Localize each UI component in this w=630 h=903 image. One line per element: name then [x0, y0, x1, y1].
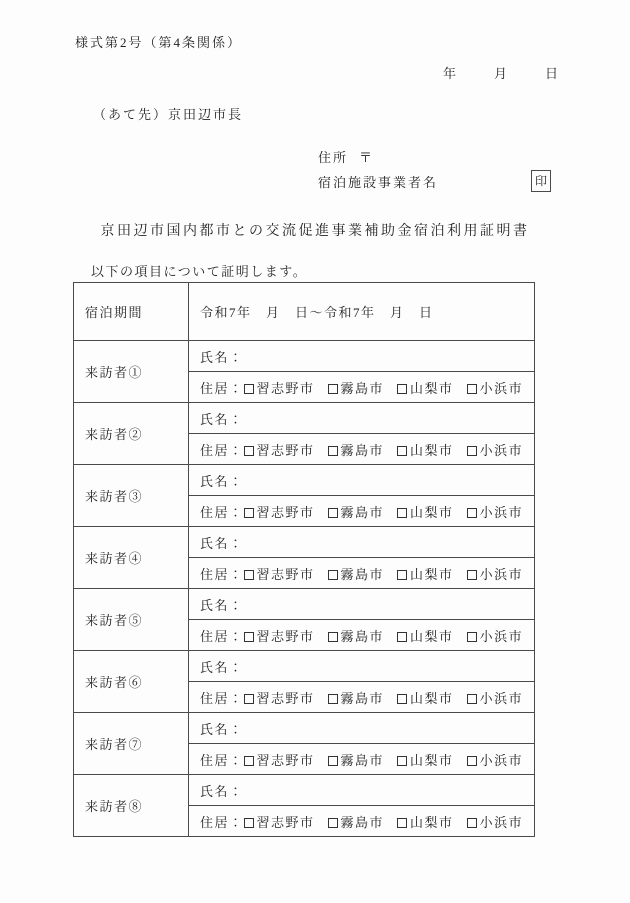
residence-option: 山梨市: [397, 629, 454, 644]
residence-option: 小浜市: [467, 629, 524, 644]
residence-option-label: 習志野市: [257, 443, 315, 458]
checkbox-icon: [397, 818, 407, 828]
residence-option-label: 霧島市: [341, 629, 385, 644]
stay-period-value: 令和7年 月 日～令和7年 月 日: [189, 283, 535, 341]
addressee: （あて先）京田辺市長: [93, 104, 243, 123]
residence-option: 習志野市: [244, 443, 315, 458]
name-field-label: 氏名：: [200, 412, 244, 427]
visitor-label: 来訪者①: [74, 341, 189, 403]
residence-option-label: 習志野市: [257, 505, 315, 520]
checkbox-icon: [328, 508, 338, 518]
residence-field-label: 住居：: [200, 443, 244, 458]
form-table: 宿泊期間 令和7年 月 日～令和7年 月 日 来訪者① 氏名： 住居：習志野市霧…: [73, 282, 535, 837]
checkbox-icon: [328, 756, 338, 766]
residence-option: 山梨市: [397, 443, 454, 458]
residence-option-label: 霧島市: [341, 505, 385, 520]
stay-period-row: 宿泊期間 令和7年 月 日～令和7年 月 日: [74, 283, 535, 341]
residence-option-label: 習志野市: [257, 691, 315, 706]
checkbox-icon: [328, 384, 338, 394]
residence-option-label: 習志野市: [257, 567, 315, 582]
residence-field-label: 住居：: [200, 815, 244, 830]
address-label: 住所: [318, 150, 348, 165]
residence-option-label: 習志野市: [257, 629, 315, 644]
residence-option-label: 小浜市: [480, 691, 524, 706]
visitor-name-cell: 氏名：: [189, 465, 535, 496]
date-month-label: 月: [494, 63, 508, 82]
residence-option: 習志野市: [244, 567, 315, 582]
visitor-name-cell: 氏名：: [189, 341, 535, 372]
visitor-label: 来訪者③: [74, 465, 189, 527]
visitor-name-cell: 氏名：: [189, 651, 535, 682]
residence-option-label: 霧島市: [341, 381, 385, 396]
checkbox-icon: [244, 384, 254, 394]
visitor-residence-cell: 住居：習志野市霧島市山梨市小浜市: [189, 372, 535, 403]
residence-option: 霧島市: [328, 629, 385, 644]
form-table-body: 宿泊期間 令和7年 月 日～令和7年 月 日 来訪者① 氏名： 住居：習志野市霧…: [74, 283, 535, 837]
checkbox-icon: [397, 508, 407, 518]
residence-option: 山梨市: [397, 567, 454, 582]
checkbox-icon: [244, 818, 254, 828]
residence-option: 山梨市: [397, 505, 454, 520]
residence-option: 習志野市: [244, 381, 315, 396]
residence-field-label: 住居：: [200, 629, 244, 644]
checkbox-icon: [244, 508, 254, 518]
visitor-name-cell: 氏名：: [189, 403, 535, 434]
residence-option-label: 小浜市: [480, 753, 524, 768]
checkbox-icon: [467, 446, 477, 456]
residence-field-label: 住居：: [200, 753, 244, 768]
name-field-label: 氏名：: [200, 660, 244, 675]
checkbox-icon: [244, 632, 254, 642]
visitor-row: 来訪者⑥ 氏名：: [74, 651, 535, 682]
name-field-label: 氏名：: [200, 474, 244, 489]
form-number: 様式第2号（第4条関係）: [75, 32, 242, 51]
checkbox-icon: [244, 446, 254, 456]
residence-option: 霧島市: [328, 443, 385, 458]
residence-option-label: 習志野市: [257, 753, 315, 768]
name-field-label: 氏名：: [200, 784, 244, 799]
residence-option-label: 霧島市: [341, 691, 385, 706]
date-line: 年 月 日: [443, 63, 559, 82]
visitor-row: 来訪者⑧ 氏名：: [74, 775, 535, 806]
residence-option-label: 小浜市: [480, 381, 524, 396]
residence-option-label: 小浜市: [480, 629, 524, 644]
visitor-row: 来訪者⑦ 氏名：: [74, 713, 535, 744]
visitor-label: 来訪者⑥: [74, 651, 189, 713]
residence-option-label: 小浜市: [480, 505, 524, 520]
visitor-residence-cell: 住居：習志野市霧島市山梨市小浜市: [189, 744, 535, 775]
visitor-residence-cell: 住居：習志野市霧島市山梨市小浜市: [189, 620, 535, 651]
residence-option: 小浜市: [467, 753, 524, 768]
residence-option-label: 山梨市: [410, 567, 454, 582]
checkbox-icon: [244, 570, 254, 580]
visitor-name-cell: 氏名：: [189, 527, 535, 558]
residence-option: 小浜市: [467, 815, 524, 830]
checkbox-icon: [467, 384, 477, 394]
checkbox-icon: [328, 694, 338, 704]
residence-option: 霧島市: [328, 381, 385, 396]
checkbox-icon: [244, 694, 254, 704]
address-line: 住所〒: [318, 147, 374, 166]
residence-option: 習志野市: [244, 753, 315, 768]
visitor-name-cell: 氏名：: [189, 775, 535, 806]
checkbox-icon: [244, 756, 254, 766]
date-day-label: 日: [545, 63, 559, 82]
checkbox-icon: [328, 632, 338, 642]
checkbox-icon: [397, 756, 407, 766]
checkbox-icon: [397, 694, 407, 704]
residence-option: 小浜市: [467, 381, 524, 396]
checkbox-icon: [397, 446, 407, 456]
checkbox-icon: [467, 508, 477, 518]
checkbox-icon: [467, 818, 477, 828]
document-page: 様式第2号（第4条関係） 年 月 日 （あて先）京田辺市長 住所〒 宿泊施設事業…: [0, 0, 630, 903]
visitor-label: 来訪者④: [74, 527, 189, 589]
checkbox-icon: [328, 570, 338, 580]
name-field-label: 氏名：: [200, 598, 244, 613]
residence-option: 霧島市: [328, 815, 385, 830]
residence-option: 習志野市: [244, 691, 315, 706]
residence-option-label: 習志野市: [257, 815, 315, 830]
name-field-label: 氏名：: [200, 722, 244, 737]
intro-text: 以下の項目について証明します。: [91, 261, 307, 280]
checkbox-icon: [467, 694, 477, 704]
residence-field-label: 住居：: [200, 381, 244, 396]
checkbox-icon: [397, 570, 407, 580]
visitor-label: 来訪者⑤: [74, 589, 189, 651]
residence-option-label: 小浜市: [480, 443, 524, 458]
visitor-name-cell: 氏名：: [189, 713, 535, 744]
business-name-label: 宿泊施設事業者名: [318, 172, 438, 191]
residence-option: 小浜市: [467, 567, 524, 582]
residence-option: 習志野市: [244, 815, 315, 830]
visitor-residence-cell: 住居：習志野市霧島市山梨市小浜市: [189, 434, 535, 465]
visitor-residence-cell: 住居：習志野市霧島市山梨市小浜市: [189, 806, 535, 837]
visitor-row: 来訪者③ 氏名：: [74, 465, 535, 496]
residence-option: 習志野市: [244, 505, 315, 520]
residence-field-label: 住居：: [200, 567, 244, 582]
visitor-row: 来訪者④ 氏名：: [74, 527, 535, 558]
visitor-row: 来訪者② 氏名：: [74, 403, 535, 434]
residence-field-label: 住居：: [200, 691, 244, 706]
business-line: 宿泊施設事業者名 印: [318, 170, 551, 192]
checkbox-icon: [467, 756, 477, 766]
date-year-label: 年: [443, 63, 457, 82]
residence-option: 霧島市: [328, 567, 385, 582]
residence-option: 霧島市: [328, 753, 385, 768]
residence-option-label: 山梨市: [410, 381, 454, 396]
visitor-residence-cell: 住居：習志野市霧島市山梨市小浜市: [189, 558, 535, 589]
checkbox-icon: [397, 632, 407, 642]
residence-option-label: 山梨市: [410, 505, 454, 520]
visitor-row: 来訪者① 氏名：: [74, 341, 535, 372]
residence-option-label: 小浜市: [480, 815, 524, 830]
visitor-label: 来訪者⑦: [74, 713, 189, 775]
residence-option: 小浜市: [467, 443, 524, 458]
residence-option-label: 小浜市: [480, 567, 524, 582]
residence-option: 霧島市: [328, 505, 385, 520]
residence-option: 小浜市: [467, 691, 524, 706]
name-field-label: 氏名：: [200, 536, 244, 551]
residence-option-label: 霧島市: [341, 443, 385, 458]
residence-option: 山梨市: [397, 753, 454, 768]
residence-option-label: 山梨市: [410, 443, 454, 458]
checkbox-icon: [467, 570, 477, 580]
residence-option: 小浜市: [467, 505, 524, 520]
residence-option-label: 山梨市: [410, 629, 454, 644]
visitor-row: 来訪者⑤ 氏名：: [74, 589, 535, 620]
residence-option: 習志野市: [244, 629, 315, 644]
checkbox-icon: [328, 818, 338, 828]
checkbox-icon: [328, 446, 338, 456]
visitor-label: 来訪者②: [74, 403, 189, 465]
residence-option-label: 山梨市: [410, 691, 454, 706]
residence-option-label: 習志野市: [257, 381, 315, 396]
residence-field-label: 住居：: [200, 505, 244, 520]
checkbox-icon: [467, 632, 477, 642]
postal-mark-icon: 〒: [359, 150, 374, 165]
checkbox-icon: [397, 384, 407, 394]
residence-option-label: 霧島市: [341, 815, 385, 830]
residence-option: 山梨市: [397, 381, 454, 396]
residence-option-label: 山梨市: [410, 815, 454, 830]
name-field-label: 氏名：: [200, 350, 244, 365]
residence-option-label: 霧島市: [341, 567, 385, 582]
residence-option-label: 霧島市: [341, 753, 385, 768]
document-title: 京田辺市国内都市との交流促進事業補助金宿泊利用証明書: [0, 220, 630, 240]
visitor-residence-cell: 住居：習志野市霧島市山梨市小浜市: [189, 496, 535, 527]
residence-option: 山梨市: [397, 815, 454, 830]
residence-option: 山梨市: [397, 691, 454, 706]
visitor-residence-cell: 住居：習志野市霧島市山梨市小浜市: [189, 682, 535, 713]
residence-option-label: 山梨市: [410, 753, 454, 768]
stay-period-label: 宿泊期間: [74, 283, 189, 341]
seal-box: 印: [531, 170, 551, 192]
visitor-name-cell: 氏名：: [189, 589, 535, 620]
visitor-label: 来訪者⑧: [74, 775, 189, 837]
residence-option: 霧島市: [328, 691, 385, 706]
